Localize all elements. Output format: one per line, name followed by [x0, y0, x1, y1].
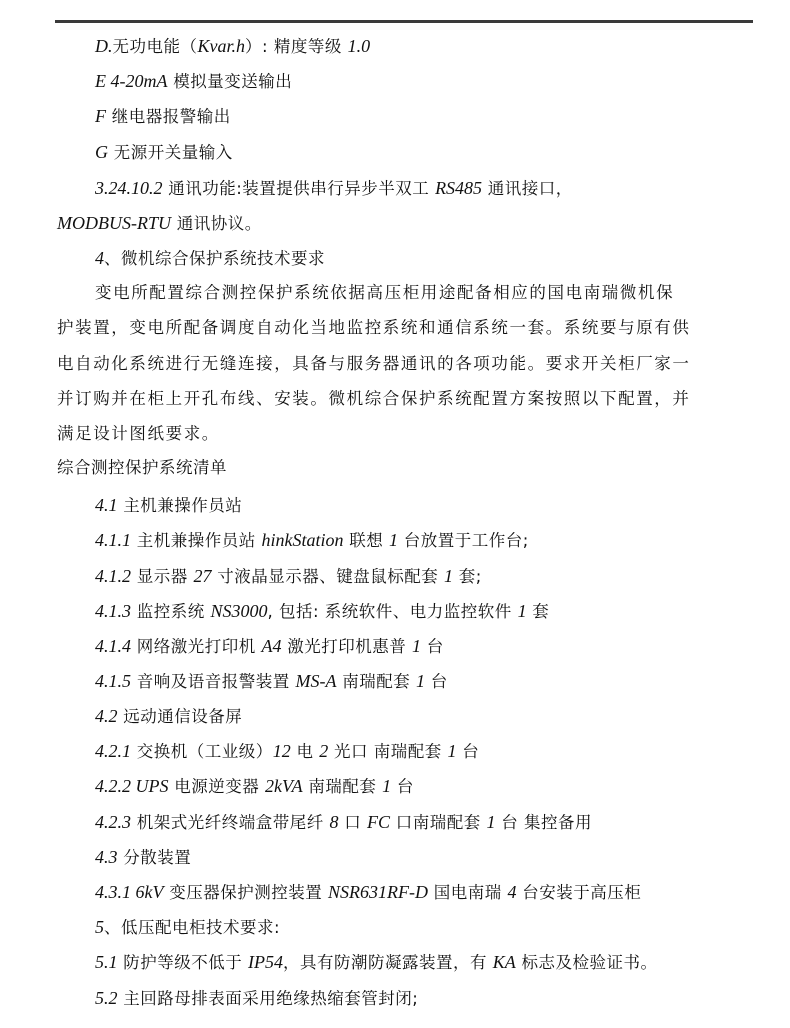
text-run: 套	[527, 602, 550, 621]
heading-4-1: 4.1 主机兼操作员站	[95, 495, 242, 516]
latin-run: 12	[273, 741, 291, 761]
latin-run: E 4-20mA	[95, 71, 167, 91]
text-run: 、微机综合保护系统技术要求	[104, 249, 325, 268]
text-run: 无功电能（	[113, 37, 198, 56]
latin-run: A4	[262, 636, 282, 656]
latin-run: 1.0	[348, 36, 371, 56]
text-run: 台安装于高压柜	[516, 883, 641, 902]
text-run: 国电南瑞	[428, 883, 508, 902]
text-run: 交换机（工业级）	[131, 742, 273, 761]
latin-run: 4.2.1	[95, 741, 131, 761]
latin-run: 4.2	[95, 706, 118, 726]
latin-run: 4.2.3	[95, 812, 131, 832]
line-comm-function: 3.24.10.2 通讯功能:装置提供串行异步半双工 RS485 通讯接口，	[95, 178, 573, 199]
latin-run: 5	[95, 917, 104, 937]
text-run: 台	[421, 637, 444, 656]
text-run: 综合测控保护系统清单	[57, 458, 227, 477]
line-reactive-energy: D.无功电能（Kvar.h）: 精度等级 1.0	[95, 36, 370, 57]
text-run: 机架式光纤终端盒带尾纤	[131, 813, 330, 832]
list-item-4-1-3: 4.1.3 监控系统 NS3000, 包括: 系统软件、电力监控软件 1 套	[95, 601, 549, 622]
text-run: 电源逆变器	[169, 777, 266, 796]
latin-run: 2	[319, 741, 328, 761]
text-run: 显示器	[131, 567, 194, 586]
latin-run: 1	[518, 601, 527, 621]
latin-run: 4	[95, 248, 104, 268]
list-item-4-1-2: 4.1.2 显示器 27 寸液晶显示器、键盘鼠标配套 1 套;	[95, 566, 482, 587]
latin-run: 5.2	[95, 988, 118, 1008]
latin-run: FC	[367, 812, 390, 832]
heading-4-2: 4.2 远动通信设备屏	[95, 706, 242, 727]
text-run: 模拟量变送输出	[167, 72, 292, 91]
text-run: 变电所配置综合测控保护系统依据高压柜用途配备相应的国电南瑞微机保	[95, 283, 674, 302]
latin-run: 4.2.2 UPS	[95, 776, 169, 796]
header-rule	[55, 20, 753, 23]
latin-run: 27	[194, 566, 212, 586]
text-run: 变压器保护测控装置	[163, 883, 328, 902]
list-item-4-1-4: 4.1.4 网络激光打印机 A4 激光打印机惠普 1 台	[95, 636, 444, 657]
line-modbus: MODBUS-RTU 通讯协议。	[57, 213, 262, 234]
latin-run: 3.24.10.2	[95, 178, 163, 198]
latin-run: 4.1	[95, 495, 118, 515]
list-item-5-2: 5.2 主回路母排表面采用绝缘热缩套管封闭;	[95, 988, 418, 1009]
latin-run: hinkStation	[262, 530, 344, 550]
latin-run: 4.1.5	[95, 671, 131, 691]
text-run: 联想	[344, 531, 390, 550]
list-item-4-1-1: 4.1.1 主机兼操作员站 hinkStation 联想 1 台放置于工作台;	[95, 530, 529, 551]
latin-run: 1	[412, 636, 421, 656]
text-run: 通讯功能:装置提供串行异步半双工	[163, 179, 436, 198]
latin-run: NS3000	[211, 601, 268, 621]
latin-run: 1	[389, 530, 398, 550]
text-run: 分散装置	[118, 848, 192, 867]
text-run: 电	[291, 742, 320, 761]
text-run: ）: 精度等级	[245, 37, 348, 56]
text-run: 激光打印机惠普	[282, 637, 413, 656]
text-run: 主回路母排表面采用绝缘热缩套管封闭;	[118, 989, 419, 1008]
list-item-4-3-1: 4.3.1 6kV 变压器保护测控装置 NSR631RF-D 国电南瑞 4 台安…	[95, 882, 641, 903]
latin-run: 4.1.1	[95, 530, 131, 550]
text-run: 台	[457, 742, 480, 761]
list-title: 综合测控保护系统清单	[57, 458, 227, 478]
latin-run: 4.3.1 6kV	[95, 882, 163, 902]
latin-run: 2kVA	[265, 776, 303, 796]
text-run: 台 集控备用	[496, 813, 593, 832]
line-analog-output: E 4-20mA 模拟量变送输出	[95, 71, 292, 92]
list-item-4-2-1: 4.2.1 交换机（工业级）12 电 2 光口 南瑞配套 1 台	[95, 741, 479, 762]
list-item-4-2-2: 4.2.2 UPS 电源逆变器 2kVA 南瑞配套 1 台	[95, 776, 414, 797]
paragraph-line: 并订购并在柜上开孔布线、安装。微机综合保护系统配置方案按照以下配置，并	[57, 389, 691, 409]
latin-run: KA	[493, 952, 516, 972]
text-run: 南瑞配套	[336, 672, 416, 691]
latin-run: F	[95, 106, 106, 126]
latin-run: MODBUS-RTU	[57, 213, 171, 233]
text-run: 网络激光打印机	[131, 637, 262, 656]
text-run: 套;	[453, 567, 482, 586]
latin-run: 4.1.4	[95, 636, 131, 656]
latin-run: 4.1.2	[95, 566, 131, 586]
latin-run: Kvar.h	[198, 36, 246, 56]
text-run: 台放置于工作台;	[398, 531, 529, 550]
text-run: 寸液晶显示器、键盘鼠标配套	[212, 567, 445, 586]
text-run: 主机兼操作员站	[118, 496, 243, 515]
latin-run: MS-A	[296, 671, 337, 691]
text-run: 通讯协议。	[171, 214, 262, 233]
text-run: 通讯接口，	[482, 179, 573, 198]
latin-run: 1	[448, 741, 457, 761]
latin-run: 5.1	[95, 952, 118, 972]
latin-run: D.	[95, 36, 113, 56]
latin-run: NSR631RF-D	[328, 882, 428, 902]
latin-run: 1	[382, 776, 391, 796]
paragraph-line: 变电所配置综合测控保护系统依据高压柜用途配备相应的国电南瑞微机保	[95, 283, 674, 303]
line-relay-alarm: F 继电器报警输出	[95, 106, 231, 127]
text-run: 口	[339, 813, 368, 832]
paragraph-line: 电自动化系统进行无缝连接，具备与服务器通讯的各项功能。要求开关柜厂家一	[57, 354, 691, 374]
text-run: 无源开关量输入	[108, 143, 233, 162]
latin-run: 1	[444, 566, 453, 586]
text-run: 口南瑞配套	[390, 813, 487, 832]
text-run: 防护等级不低于	[118, 953, 249, 972]
paragraph-line: 护装置，变电所配备调度自动化当地监控系统和通信系统一套。系统要与原有供	[57, 318, 691, 338]
text-run: 电自动化系统进行无缝连接，具备与服务器通讯的各项功能。要求开关柜厂家一	[57, 354, 691, 373]
text-run: ，具有防潮防凝露装置，有	[283, 953, 493, 972]
text-run: 并订购并在柜上开孔布线、安装。微机综合保护系统配置方案按照以下配置，并	[57, 389, 691, 408]
text-run: 标志及检验证书。	[516, 953, 658, 972]
latin-run: IP54	[248, 952, 283, 972]
text-run: 远动通信设备屏	[118, 707, 243, 726]
text-run: 、低压配电柜技术要求:	[104, 918, 280, 937]
text-run: 光口 南瑞配套	[328, 742, 447, 761]
text-run: 音响及语音报警装置	[131, 672, 296, 691]
latin-run: RS485	[435, 178, 482, 198]
text-run: 护装置，变电所配备调度自动化当地监控系统和通信系统一套。系统要与原有供	[57, 318, 691, 337]
paragraph-line: 满足设计图纸要求。	[57, 424, 220, 444]
text-run: 南瑞配套	[303, 777, 383, 796]
list-item-4-2-3: 4.2.3 机架式光纤终端盒带尾纤 8 口 FC 口南瑞配套 1 台 集控备用	[95, 812, 592, 833]
line-switch-input: G 无源开关量输入	[95, 142, 233, 163]
heading-section-5: 5、低压配电柜技术要求:	[95, 917, 280, 938]
text-run: 主机兼操作员站	[131, 531, 262, 550]
latin-run: 8	[330, 812, 339, 832]
list-item-4-1-5: 4.1.5 音响及语音报警装置 MS-A 南瑞配套 1 台	[95, 671, 448, 692]
heading-section-4: 4、微机综合保护系统技术要求	[95, 248, 325, 269]
text-run: , 包括: 系统软件、电力监控软件	[268, 602, 518, 621]
latin-run: 1	[487, 812, 496, 832]
latin-run: 4.1.3	[95, 601, 131, 621]
latin-run: 1	[416, 671, 425, 691]
heading-4-3: 4.3 分散装置	[95, 847, 191, 868]
text-run: 台	[391, 777, 414, 796]
text-run: 满足设计图纸要求。	[57, 424, 220, 443]
text-run: 继电器报警输出	[106, 107, 231, 126]
list-item-5-1: 5.1 防护等级不低于 IP54，具有防潮防凝露装置，有 KA 标志及检验证书。	[95, 952, 658, 973]
text-run: 台	[425, 672, 448, 691]
latin-run: 4.3	[95, 847, 118, 867]
text-run: 监控系统	[131, 602, 211, 621]
latin-run: G	[95, 142, 108, 162]
